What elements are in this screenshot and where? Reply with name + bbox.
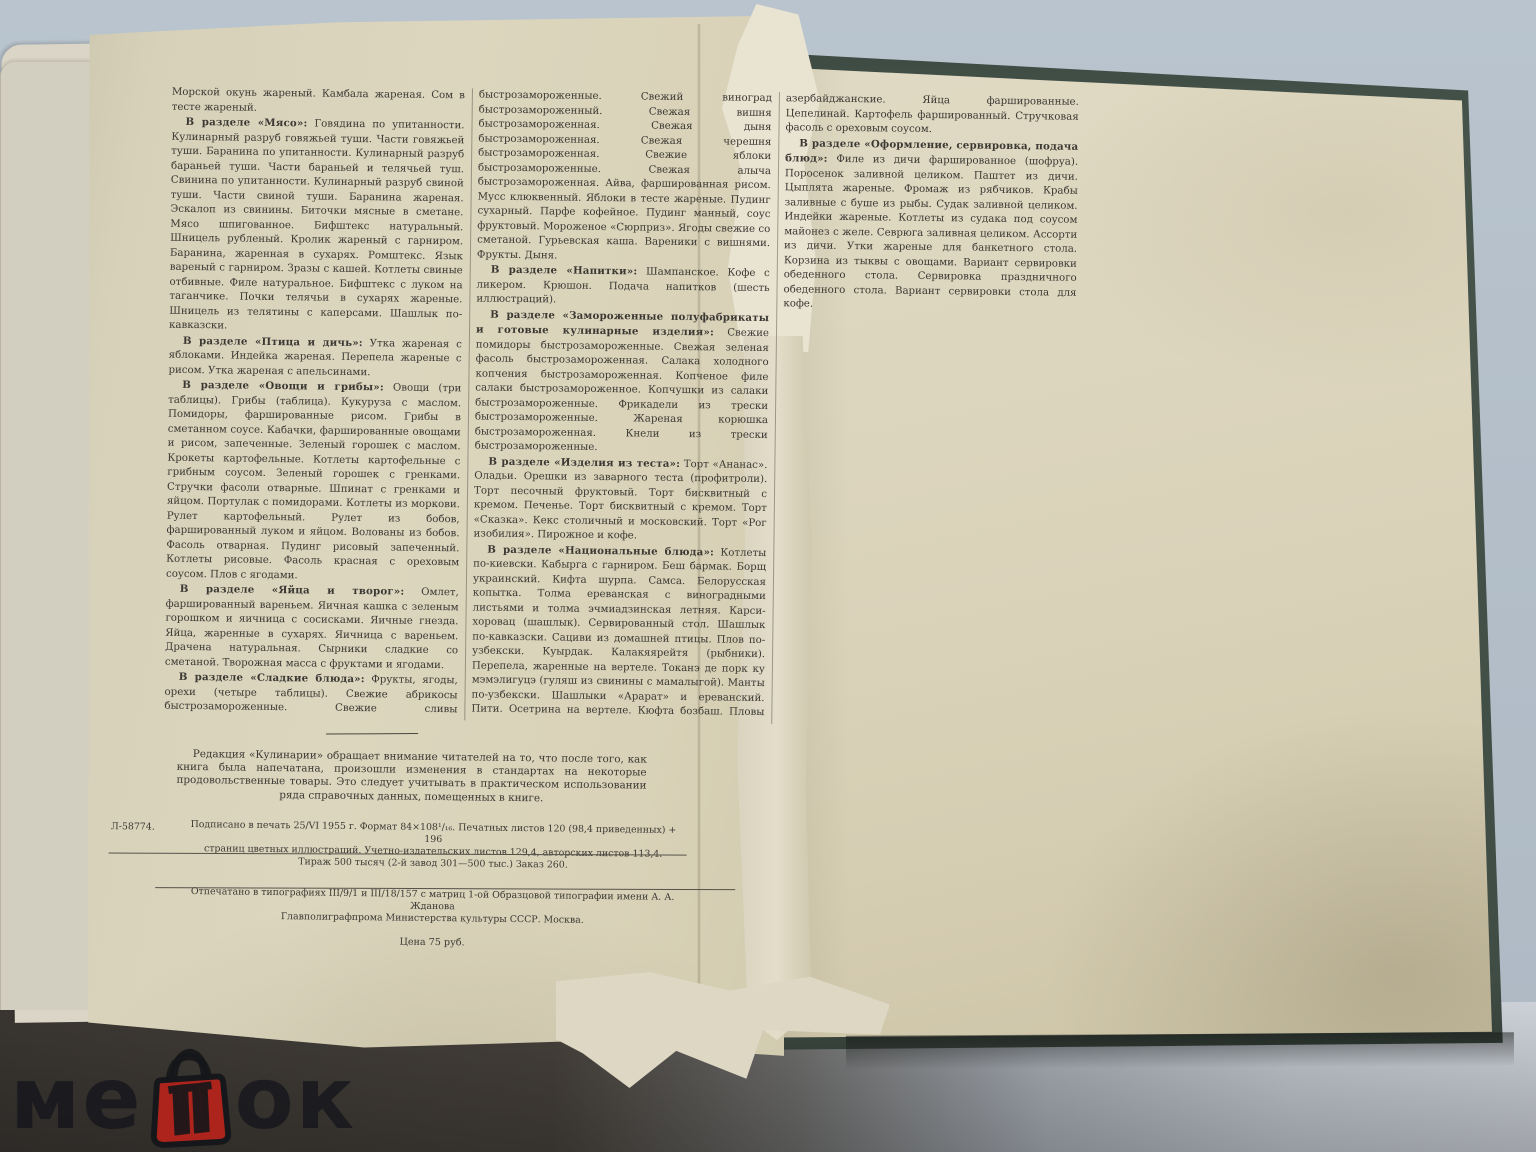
watermark-suffix: ок <box>235 1056 356 1142</box>
contents-paragraph: В разделе «Овощи и грибы»: Овощи (три та… <box>166 378 461 586</box>
flyleaf-corner-page <box>0 62 97 1010</box>
shopping-bag-icon <box>145 1044 233 1148</box>
book-cast-shadow <box>846 1032 1514 1069</box>
contents-paragraph: В разделе «Изделия из теста»: Торт «Анан… <box>473 454 767 546</box>
editorial-notice: Редакция «Кулинарии» обращает внимание ч… <box>176 748 647 807</box>
contents-paragraph: В разделе «Замороженные полуфабрикаты и … <box>475 307 770 458</box>
section-divider-rule <box>326 733 418 734</box>
contents-paragraph: В разделе «Яйца и творог»: Омлет, фаршир… <box>165 582 459 674</box>
contents-paragraph: В разделе «Напитки»: Шампанское. Кофе с … <box>476 262 770 310</box>
watermark-prefix: ме <box>10 1056 143 1142</box>
contents-paragraph: В разделе «Птица и дичь»: Утка жареная с… <box>168 333 462 381</box>
contents-paragraph: В разделе «Мясо»: Говядина по упитанност… <box>169 115 465 337</box>
colophon-block: Подписано в печать 25/VI 1955 г. Формат … <box>180 819 686 873</box>
printing-house-block: Отпечатано в типографиях III/9/1 и III/1… <box>180 886 685 928</box>
contents-paragraph: Морской окунь жареный. Камбала жареная. … <box>172 85 465 119</box>
page-content: Морской окунь жареный. Камбала жареная. … <box>99 84 771 952</box>
print-code: Л-58774. <box>111 821 155 833</box>
contents-paragraph: В разделе «Оформление, сервировка, подач… <box>783 136 1078 316</box>
contents-index-text: Морской окунь жареный. Камбала жареная. … <box>164 85 772 724</box>
meshok-watermark: ме ок <box>10 1044 356 1152</box>
